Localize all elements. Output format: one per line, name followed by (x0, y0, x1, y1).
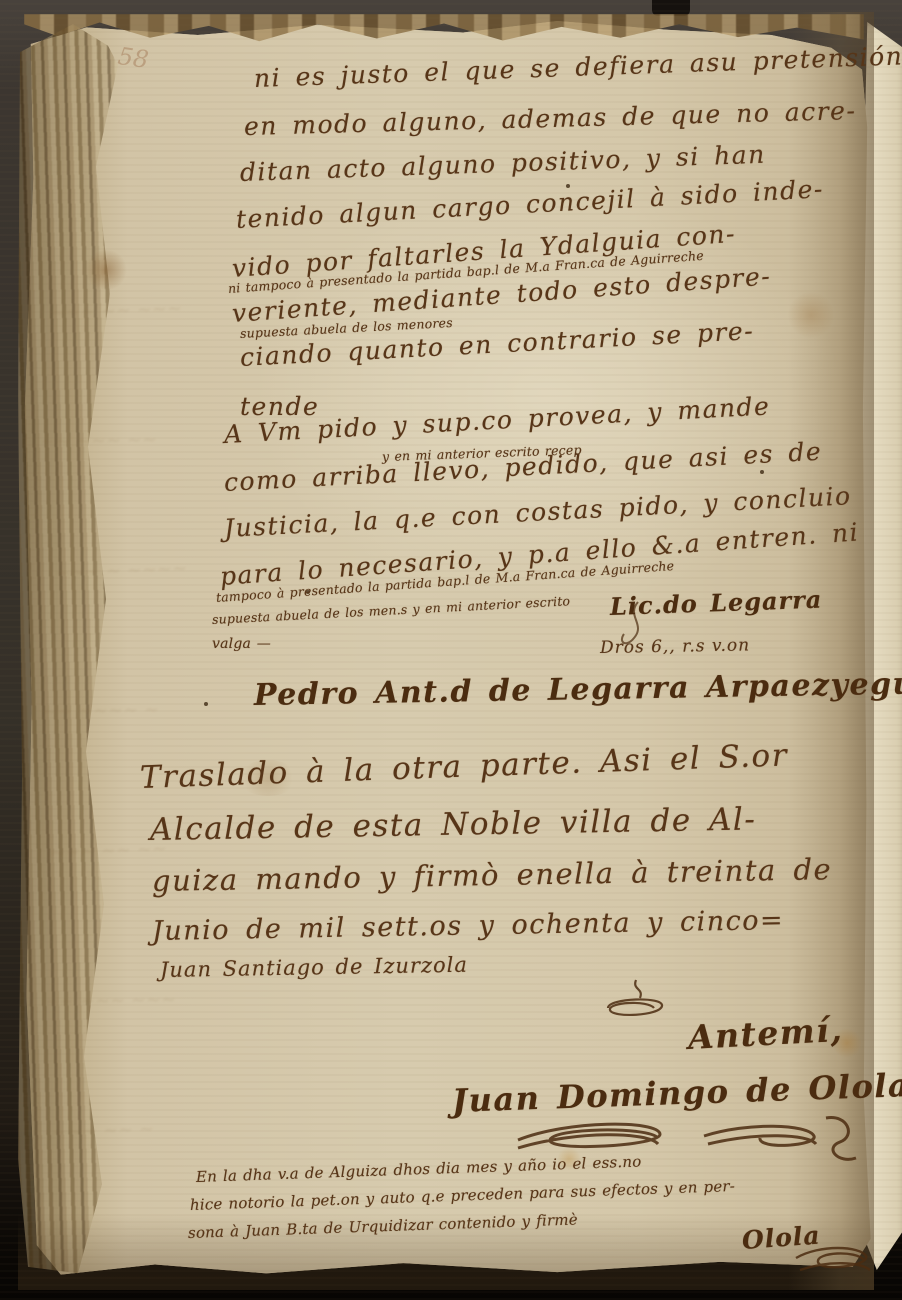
rubric-flourish-icon (588, 978, 684, 1026)
rubric-flourish-icon (598, 598, 658, 668)
rubric-flourish-icon (790, 1238, 880, 1280)
ink-speck (760, 470, 764, 474)
rubric-flourish-icon (508, 1112, 868, 1168)
page-number-bleedthrough: 58 (116, 42, 150, 74)
ante-mi-attestation: Antemí, (687, 1010, 844, 1057)
ink-speck (204, 702, 208, 706)
photo-of-manuscript: { "meta": { "kind": "photograph of a bou… (0, 0, 902, 1300)
book-clamp (652, 0, 690, 16)
manuscript-interlineation: valga — (212, 636, 271, 652)
